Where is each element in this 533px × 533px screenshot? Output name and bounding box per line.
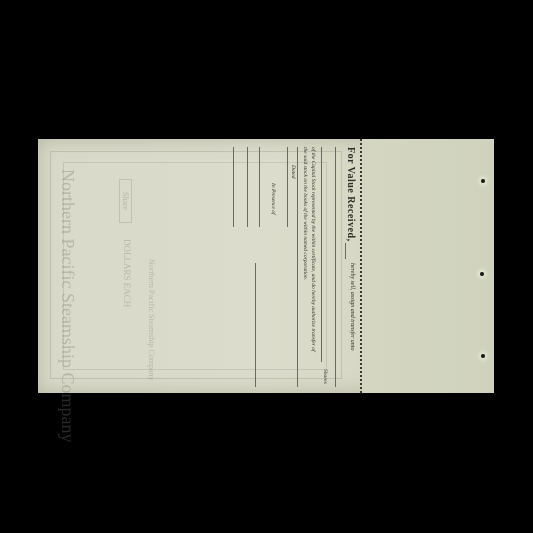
bleed-shares-box: Share	[119, 179, 132, 223]
certificate-stub	[362, 139, 494, 393]
dated-line	[287, 147, 288, 227]
punch-hole-2	[480, 272, 484, 276]
punch-hole-1	[481, 179, 485, 183]
hereby-text: hereby sell, assign and transfer unto	[349, 263, 355, 350]
witness-line-2	[247, 147, 248, 227]
bleed-company-name: Northern Pacific Steamship Company	[57, 169, 78, 442]
witness-line-3	[233, 147, 234, 227]
body-line-2: the said stock on the books of the withi…	[302, 147, 308, 280]
punch-hole-3	[481, 354, 485, 358]
perforation-line	[360, 139, 362, 393]
assignee-line	[335, 147, 336, 387]
shares-line	[321, 147, 322, 362]
dated-label: Dated	[290, 165, 296, 178]
body-line-1: of the Capital Stock represented by the …	[310, 147, 316, 352]
signature-line	[255, 263, 256, 387]
shares-label: Shares	[322, 369, 328, 384]
bleed-line-company: Northern Pacific Steamship Company	[147, 259, 156, 381]
certificate-sheet: Northern Pacific Steamship Company DOLLA…	[38, 139, 494, 393]
presence-label: In Presence of	[270, 183, 276, 215]
transfer-form: For Value Received, hereby sell, assign …	[226, 143, 356, 393]
bleed-par-text: DOLLARS EACH	[122, 239, 132, 307]
assignee-line-start	[345, 243, 346, 259]
transfer-heading: For Value Received,	[345, 147, 356, 242]
attorney-line	[297, 147, 298, 387]
witness-line-1	[259, 147, 260, 227]
